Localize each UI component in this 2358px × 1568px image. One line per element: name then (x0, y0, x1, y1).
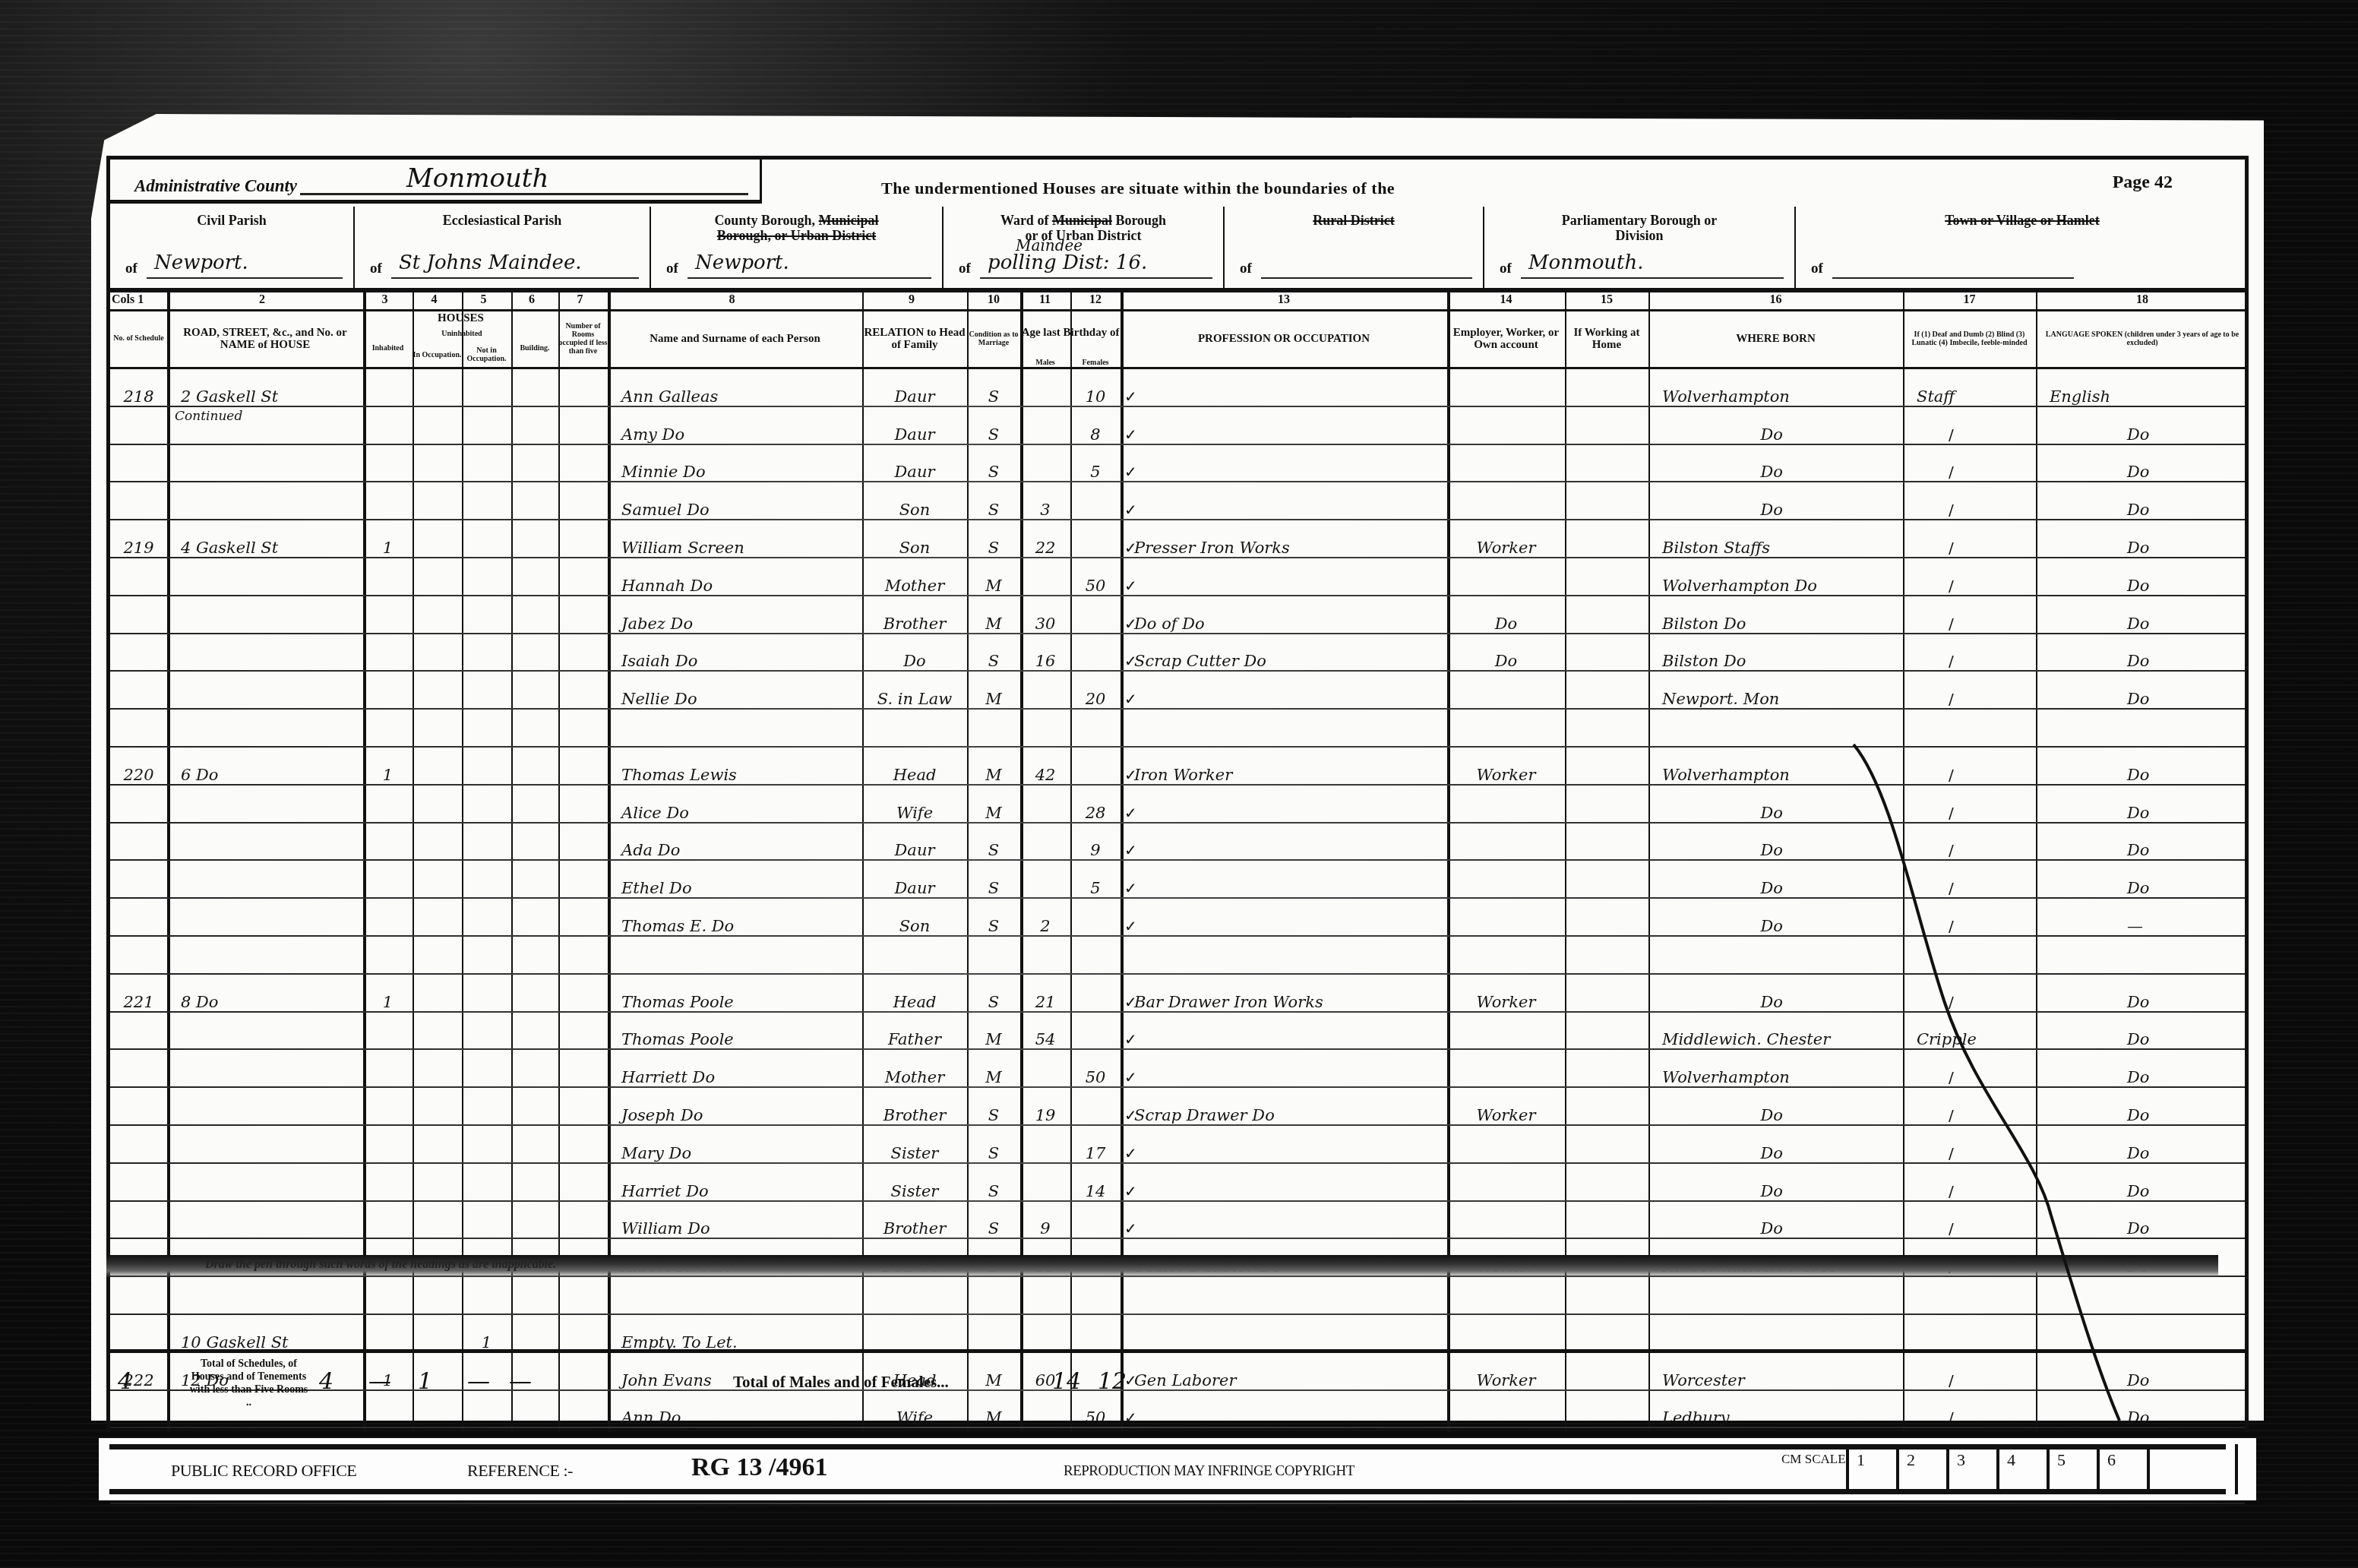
archive-footer: PUBLIC RECORD OFFICE REFERENCE :- RG 13 … (99, 1438, 2256, 1500)
cm-mark: 3 (1946, 1444, 1996, 1494)
copyright-notice: REPRODUCTION MAY INFRINGE COPYRIGHT (1064, 1463, 1354, 1480)
cm-scale: CM SCALE 1 2 3 4 5 6 (1732, 1444, 2238, 1494)
cm-mark: 6 (2097, 1444, 2147, 1494)
cm-mark: 5 (2047, 1444, 2097, 1494)
cm-mark: 1 (1846, 1444, 1896, 1494)
cm-mark: 2 (1896, 1444, 1946, 1494)
public-record-office-label: PUBLIC RECORD OFFICE (171, 1461, 356, 1481)
cm-mark-blank (2147, 1444, 2238, 1494)
reference-number: RG 13 /4961 (691, 1453, 827, 1482)
reference-label: REFERENCE :- (467, 1461, 573, 1481)
paper-crack (0, 0, 2358, 1568)
cm-scale-label: CM SCALE (1732, 1444, 1846, 1494)
cm-mark: 4 (1996, 1444, 2047, 1494)
